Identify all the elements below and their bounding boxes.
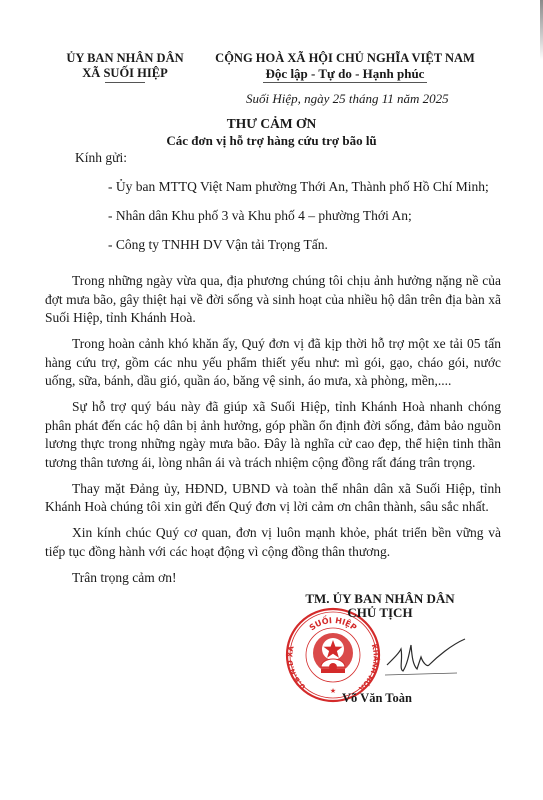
body-paragraph: Sự hỗ trợ quý báu này đã giúp xã Suối Hi… (45, 398, 501, 472)
signatory-org: TM. ỦY BAN NHÂN DÂN (300, 592, 460, 606)
authority-underline (105, 82, 145, 83)
official-seal-icon: SUỐI HIỆP U.B.N.D XÃ KHÁNH HÒA ★ (283, 605, 383, 705)
svg-text:U.B.N.D XÃ: U.B.N.D XÃ (286, 645, 308, 691)
handwritten-signature-icon (385, 635, 470, 680)
body-paragraph: Thay mặt Đảng ủy, HĐND, UBND và toàn thể… (45, 480, 501, 517)
signatory-title-block: TM. ỦY BAN NHÂN DÂN CHỦ TỊCH (300, 592, 460, 620)
signatory-name: Võ Văn Toàn (342, 691, 412, 706)
letter-body: Trong những ngày vừa qua, địa phương chú… (45, 272, 501, 595)
recipient-item: - Nhân dân Khu phố 3 và Khu phố 4 – phườ… (108, 201, 489, 230)
body-paragraph: Xin kính chúc Quý cơ quan, đơn vị luôn m… (45, 524, 501, 561)
document-subtitle: Các đơn vị hỗ trợ hàng cứu trợ bão lũ (0, 132, 543, 149)
closing-line: Trân trọng cảm ơn! (45, 569, 501, 588)
svg-text:★: ★ (330, 687, 336, 695)
national-heading: CỘNG HOÀ XÃ HỘI CHỦ NGHĨA VIỆT NAM Độc l… (210, 51, 480, 83)
document-date: Suối Hiệp, ngày 25 tháng 11 năm 2025 (246, 91, 449, 107)
national-motto: Độc lập - Tự do - Hạnh phúc (210, 66, 480, 81)
recipient-item: - Công ty TNHH DV Vận tải Trọng Tấn. (108, 230, 489, 259)
motto-underline (263, 82, 427, 83)
signatory-position: CHỦ TỊCH (300, 606, 460, 620)
body-paragraph: Trong hoàn cảnh khó khăn ấy, Quý đơn vị … (45, 335, 501, 391)
country-name: CỘNG HOÀ XÃ HỘI CHỦ NGHĨA VIỆT NAM (210, 51, 480, 66)
recipient-list: - Ủy ban MTTQ Việt Nam phường Thới An, T… (108, 172, 489, 259)
greeting: Kính gửi: (75, 150, 127, 166)
document-title: THƯ CẢM ƠN (0, 115, 543, 132)
document-title-block: THƯ CẢM ƠN Các đơn vị hỗ trợ hàng cứu tr… (0, 115, 543, 149)
authority-name: ỦY BAN NHÂN DÂN (60, 51, 190, 66)
issuing-authority: ỦY BAN NHÂN DÂN XÃ SUỐI HIỆP (60, 51, 190, 83)
body-paragraph: Trong những ngày vừa qua, địa phương chú… (45, 272, 501, 328)
commune-name: XÃ SUỐI HIỆP (60, 66, 190, 81)
recipient-item: - Ủy ban MTTQ Việt Nam phường Thới An, T… (108, 172, 489, 201)
